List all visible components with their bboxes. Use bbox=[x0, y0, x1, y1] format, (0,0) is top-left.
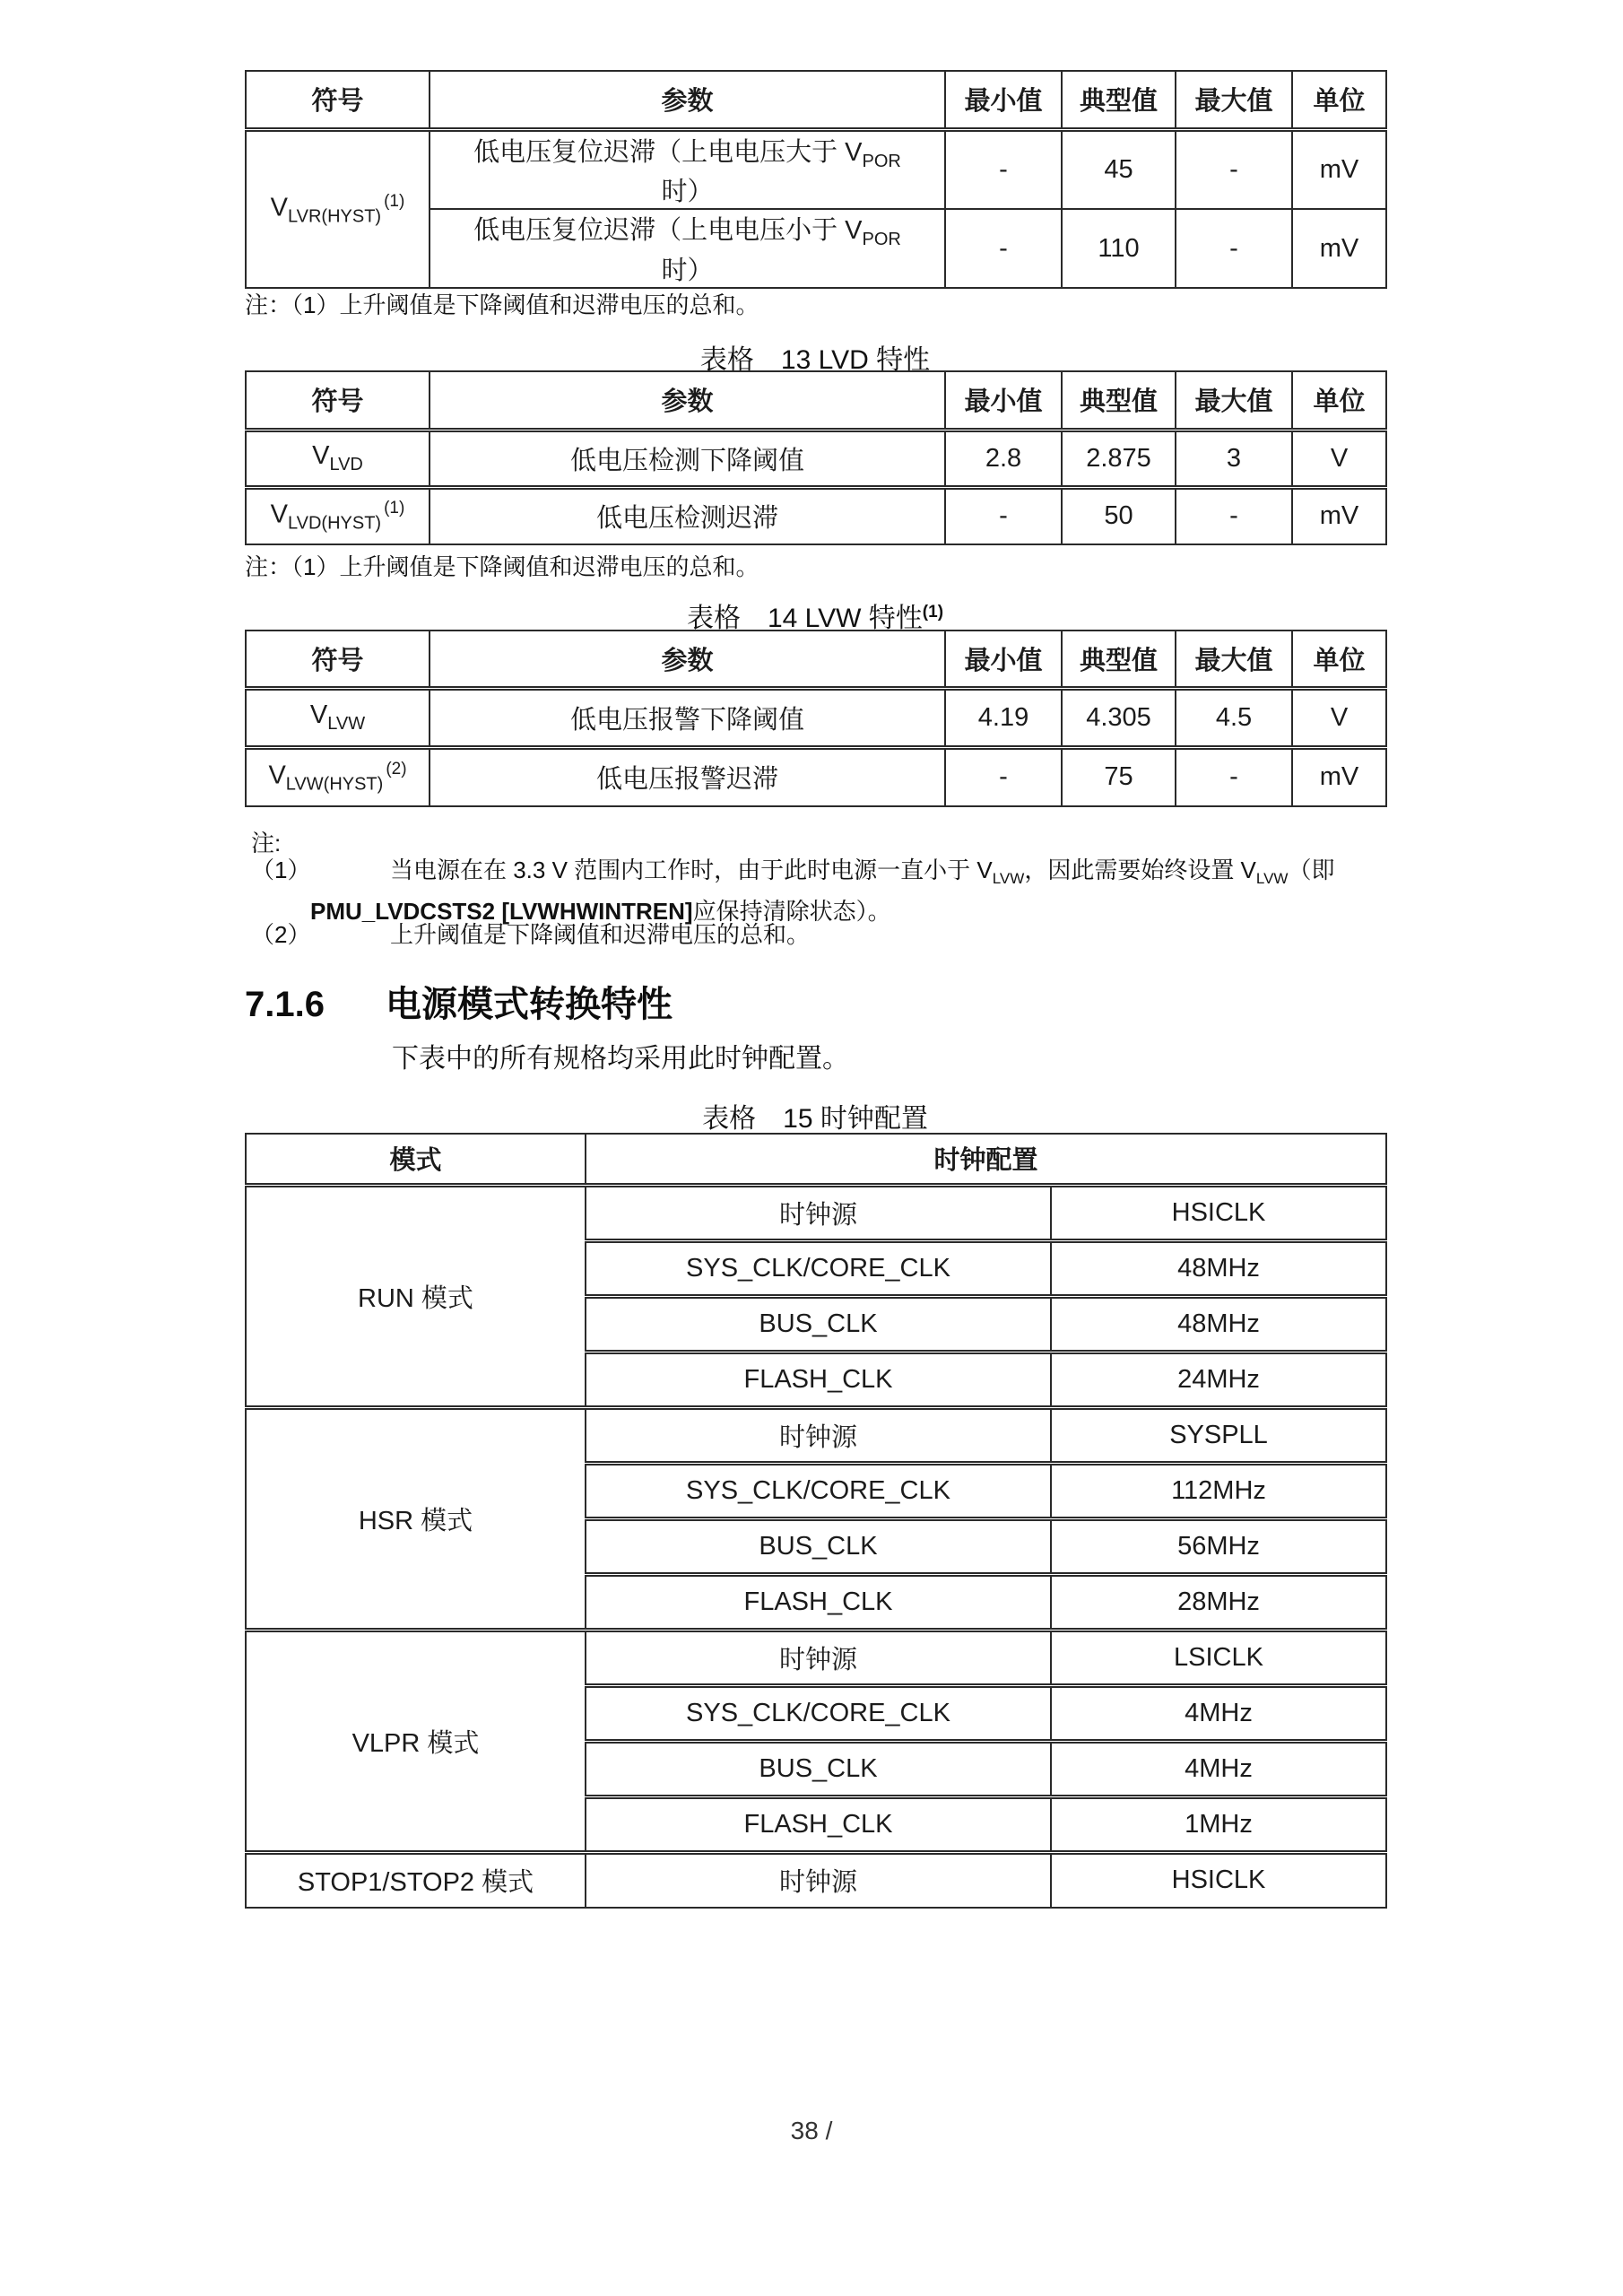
clock-name-cell: 时钟源 bbox=[586, 1630, 1051, 1685]
lvd-note: 注：（1）上升阈值是下降阈值和迟滞电压的总和。 bbox=[245, 549, 759, 582]
header-cell-min: 最小值 bbox=[945, 371, 1062, 430]
header-cell-typ: 典型值 bbox=[1062, 631, 1176, 688]
clock-name-cell: FLASH_CLK bbox=[586, 1352, 1051, 1407]
table-header-row: 符号 参数 最小值 典型值 最大值 单位 bbox=[246, 71, 1386, 129]
clock-value-cell: 4MHz bbox=[1051, 1741, 1386, 1796]
max-cell: - bbox=[1176, 487, 1292, 544]
page-number: 38 / bbox=[0, 2117, 1623, 2145]
clock-value-cell: 56MHz bbox=[1051, 1518, 1386, 1574]
max-cell: - bbox=[1176, 129, 1292, 209]
clock-value-cell: 112MHz bbox=[1051, 1463, 1386, 1518]
table-row: VLVW 低电压报警下降阈值 4.19 4.305 4.5 V bbox=[246, 688, 1386, 747]
section-title: 电源模式转换特性 bbox=[386, 985, 673, 1024]
header-cell-clock-config: 时钟配置 bbox=[586, 1134, 1386, 1185]
lvr-hyst-table: 符号 参数 最小值 典型值 最大值 单位 VLVR(HYST)(1) 低电压复位… bbox=[245, 70, 1387, 289]
symbol-cell: VLVD bbox=[246, 430, 430, 487]
mode-cell: STOP1/STOP2 模式 bbox=[246, 1852, 586, 1908]
table-row: VLPR 模式 时钟源 LSICLK bbox=[246, 1630, 1386, 1685]
mode-cell: RUN 模式 bbox=[246, 1185, 586, 1407]
unit-cell: V bbox=[1292, 430, 1386, 487]
table-row: VLVD 低电压检测下降阈值 2.8 2.875 3 V bbox=[246, 430, 1386, 487]
lvd-table: 符号 参数 最小值 典型值 最大值 单位 VLVD 低电压检测下降阈值 2.8 … bbox=[245, 370, 1387, 545]
clock-name-cell: FLASH_CLK bbox=[586, 1574, 1051, 1630]
min-cell: - bbox=[945, 747, 1062, 806]
clock-name-cell: BUS_CLK bbox=[586, 1741, 1051, 1796]
typ-cell: 45 bbox=[1062, 129, 1176, 209]
header-cell-symbol: 符号 bbox=[246, 631, 430, 688]
max-cell: - bbox=[1176, 209, 1292, 288]
header-cell-mode: 模式 bbox=[246, 1134, 586, 1185]
clock-value-cell: SYSPLL bbox=[1051, 1407, 1386, 1463]
clock-name-cell: FLASH_CLK bbox=[586, 1796, 1051, 1852]
unit-cell: V bbox=[1292, 688, 1386, 747]
header-cell-max: 最大值 bbox=[1176, 371, 1292, 430]
unit-cell: mV bbox=[1292, 487, 1386, 544]
body-paragraph: 下表中的所有规格均采用此时钟配置。 bbox=[392, 1036, 849, 1075]
table-row: RUN 模式 时钟源 HSICLK bbox=[246, 1185, 1386, 1240]
unit-cell: mV bbox=[1292, 747, 1386, 806]
min-cell: 4.19 bbox=[945, 688, 1062, 747]
header-cell-unit: 单位 bbox=[1292, 631, 1386, 688]
table-row: VLVW(HYST)(2) 低电压报警迟滞 - 75 - mV bbox=[246, 747, 1386, 806]
clock-value-cell: 48MHz bbox=[1051, 1296, 1386, 1352]
symbol-cell: VLVR(HYST)(1) bbox=[246, 129, 430, 288]
note-2-text: 上升阈值是下降阈值和迟滞电压的总和。 bbox=[390, 918, 1390, 951]
document-page: 符号 参数 最小值 典型值 最大值 单位 VLVR(HYST)(1) 低电压复位… bbox=[0, 0, 1623, 2296]
clock-value-cell: 1MHz bbox=[1051, 1796, 1386, 1852]
clock-value-cell: HSICLK bbox=[1051, 1185, 1386, 1240]
typ-cell: 4.305 bbox=[1062, 688, 1176, 747]
min-cell: - bbox=[945, 487, 1062, 544]
note-1-marker: （1） bbox=[251, 854, 310, 886]
table-header-row: 符号 参数 最小值 典型值 最大值 单位 bbox=[246, 631, 1386, 688]
clock-name-cell: SYS_CLK/CORE_CLK bbox=[586, 1240, 1051, 1296]
note-1-line-1: 当电源在在 3.3 V 范围内工作时，由于此时电源一直小于 VLVW，因此需要始… bbox=[390, 854, 1390, 895]
clock-name-cell: SYS_CLK/CORE_CLK bbox=[586, 1463, 1051, 1518]
unit-cell: mV bbox=[1292, 209, 1386, 288]
section-number: 7.1.6 bbox=[245, 985, 386, 1025]
symbol-cell: VLVD(HYST)(1) bbox=[246, 487, 430, 544]
clock-name-cell: BUS_CLK bbox=[586, 1518, 1051, 1574]
param-cell: 低电压检测下降阈值 bbox=[430, 430, 945, 487]
clock-value-cell: 4MHz bbox=[1051, 1685, 1386, 1741]
typ-cell: 2.875 bbox=[1062, 430, 1176, 487]
clock-value-cell: LSICLK bbox=[1051, 1630, 1386, 1685]
clock-name-cell: SYS_CLK/CORE_CLK bbox=[586, 1685, 1051, 1741]
typ-cell: 110 bbox=[1062, 209, 1176, 288]
header-cell-unit: 单位 bbox=[1292, 371, 1386, 430]
header-cell-max: 最大值 bbox=[1176, 631, 1292, 688]
header-cell-symbol: 符号 bbox=[246, 71, 430, 129]
header-cell-symbol: 符号 bbox=[246, 371, 430, 430]
min-cell: 2.8 bbox=[945, 430, 1062, 487]
min-cell: - bbox=[945, 209, 1062, 288]
table-header-row: 模式 时钟配置 bbox=[246, 1134, 1386, 1185]
table-row: STOP1/STOP2 模式 时钟源 HSICLK bbox=[246, 1852, 1386, 1908]
clock-value-cell: 28MHz bbox=[1051, 1574, 1386, 1630]
typ-cell: 75 bbox=[1062, 747, 1176, 806]
clock-name-cell: 时钟源 bbox=[586, 1407, 1051, 1463]
table-row: VLVR(HYST)(1) 低电压复位迟滞（上电电压大于 VPOR时） - 45… bbox=[246, 129, 1386, 209]
header-cell-min: 最小值 bbox=[945, 631, 1062, 688]
lvr-note: 注：（1）上升阈值是下降阈值和迟滞电压的总和。 bbox=[245, 287, 759, 320]
max-cell: 3 bbox=[1176, 430, 1292, 487]
max-cell: - bbox=[1176, 747, 1292, 806]
param-cell: 低电压复位迟滞（上电电压大于 VPOR时） bbox=[430, 129, 945, 209]
clock-table-caption: 表格 15 时钟配置 bbox=[245, 1096, 1385, 1135]
header-cell-max: 最大值 bbox=[1176, 71, 1292, 129]
header-cell-min: 最小值 bbox=[945, 71, 1062, 129]
header-cell-typ: 典型值 bbox=[1062, 71, 1176, 129]
clock-value-cell: 24MHz bbox=[1051, 1352, 1386, 1407]
table-header-row: 符号 参数 最小值 典型值 最大值 单位 bbox=[246, 371, 1386, 430]
param-cell: 低电压复位迟滞（上电电压小于 VPOR时） bbox=[430, 209, 945, 288]
unit-cell: mV bbox=[1292, 129, 1386, 209]
table-row: VLVD(HYST)(1) 低电压检测迟滞 - 50 - mV bbox=[246, 487, 1386, 544]
symbol-cell: VLVW bbox=[246, 688, 430, 747]
note-2: （2） 上升阈值是下降阈值和迟滞电压的总和。 bbox=[251, 918, 1390, 951]
symbol-cell: VLVW(HYST)(2) bbox=[246, 747, 430, 806]
param-cell: 低电压报警迟滞 bbox=[430, 747, 945, 806]
mode-cell: VLPR 模式 bbox=[246, 1630, 586, 1852]
section-heading: 7.1.6电源模式转换特性 bbox=[245, 976, 673, 1027]
max-cell: 4.5 bbox=[1176, 688, 1292, 747]
clock-name-cell: 时钟源 bbox=[586, 1852, 1051, 1908]
header-cell-parameter: 参数 bbox=[430, 71, 945, 129]
clock-name-cell: 时钟源 bbox=[586, 1185, 1051, 1240]
typ-cell: 50 bbox=[1062, 487, 1176, 544]
lvw-table: 符号 参数 最小值 典型值 最大值 单位 VLVW 低电压报警下降阈值 4.19… bbox=[245, 630, 1387, 807]
note-1: （1） 当电源在在 3.3 V 范围内工作时，由于此时电源一直小于 VLVW，因… bbox=[251, 854, 1390, 927]
param-cell: 低电压检测迟滞 bbox=[430, 487, 945, 544]
header-cell-unit: 单位 bbox=[1292, 71, 1386, 129]
header-cell-parameter: 参数 bbox=[430, 371, 945, 430]
clock-value-cell: 48MHz bbox=[1051, 1240, 1386, 1296]
mode-cell: HSR 模式 bbox=[246, 1407, 586, 1630]
note-2-marker: （2） bbox=[251, 918, 310, 951]
min-cell: - bbox=[945, 129, 1062, 209]
table-row: HSR 模式 时钟源 SYSPLL bbox=[246, 1407, 1386, 1463]
param-cell: 低电压报警下降阈值 bbox=[430, 688, 945, 747]
clock-name-cell: BUS_CLK bbox=[586, 1296, 1051, 1352]
header-cell-typ: 典型值 bbox=[1062, 371, 1176, 430]
header-cell-parameter: 参数 bbox=[430, 631, 945, 688]
clock-value-cell: HSICLK bbox=[1051, 1852, 1386, 1908]
clock-config-table: 模式 时钟配置 RUN 模式 时钟源 HSICLK SYS_CLK/CORE_C… bbox=[245, 1133, 1387, 1909]
